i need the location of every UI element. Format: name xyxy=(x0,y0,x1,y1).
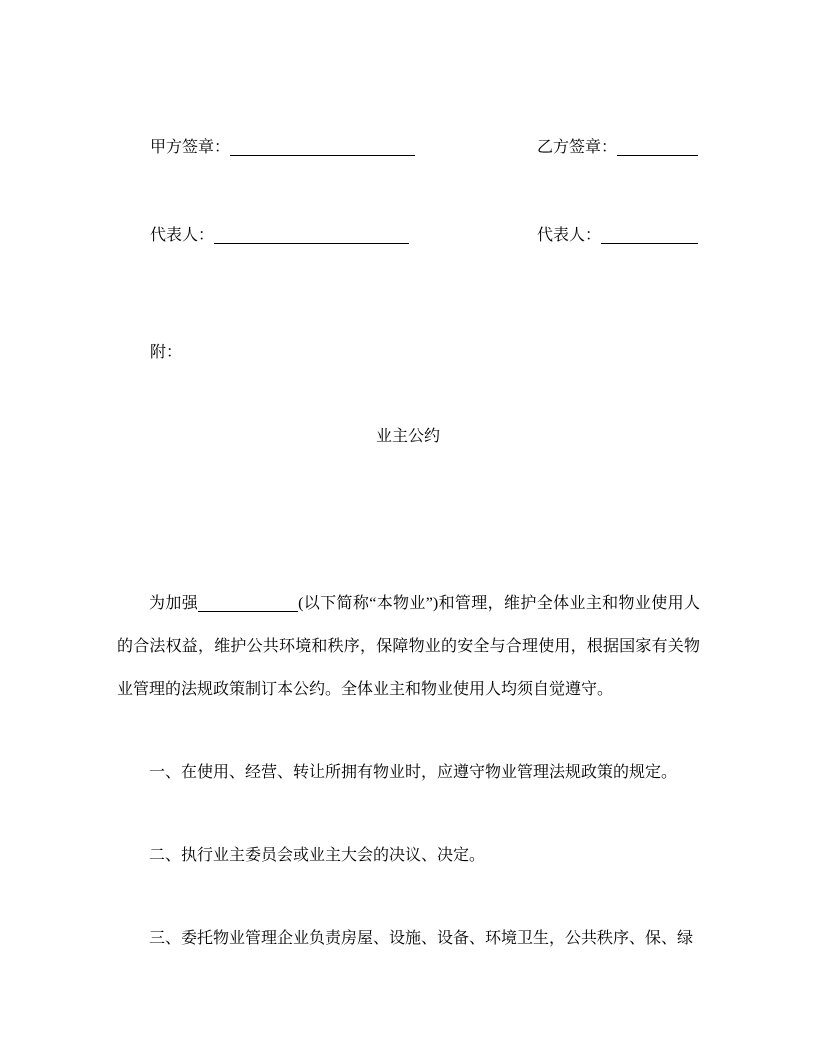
covenant-title: 业主公约 xyxy=(0,426,816,448)
covenant-item-3: 三、委托物业管理企业负责房屋、设施、设备、环境卫生，公共秩序、保、绿 xyxy=(117,917,700,960)
party-b-seal-label: 乙方签章： xyxy=(537,139,617,156)
document-page: 甲方签章： 乙方签章： 代表人： 代表人： 附： 业主公约 为加强(以下简称“本… xyxy=(0,0,816,1056)
party-b-representative-blank[interactable] xyxy=(601,225,698,244)
intro-prefix-text: 为加强 xyxy=(149,595,198,612)
party-a-seal-label: 甲方签章： xyxy=(150,139,230,156)
party-b-representative-field: 代表人： xyxy=(537,225,698,247)
representative-row: 代表人： 代表人： xyxy=(0,225,816,249)
party-a-representative-label: 代表人： xyxy=(150,227,214,244)
party-a-seal-field: 甲方签章： xyxy=(150,137,415,159)
covenant-item-1: 一、在使用、经营、转让所拥有物业时，应遵守物业管理法规政策的规定。 xyxy=(117,751,700,794)
covenant-item-2: 二、执行业主委员会或业主大会的决议、决定。 xyxy=(117,834,700,877)
party-b-representative-label: 代表人： xyxy=(537,227,601,244)
property-name-blank[interactable] xyxy=(198,593,298,612)
covenant-intro-paragraph: 为加强(以下简称“本物业”)和管理，维护全体业主和物业使用人的合法权益，维护公共… xyxy=(117,582,700,711)
party-b-seal-field: 乙方签章： xyxy=(537,137,698,159)
party-a-seal-blank[interactable] xyxy=(230,137,415,156)
signature-seal-row: 甲方签章： 乙方签章： xyxy=(0,137,816,161)
attachment-label: 附： xyxy=(150,342,182,364)
party-a-representative-field: 代表人： xyxy=(150,225,409,247)
party-b-seal-blank[interactable] xyxy=(617,137,698,156)
party-a-representative-blank[interactable] xyxy=(214,225,409,244)
